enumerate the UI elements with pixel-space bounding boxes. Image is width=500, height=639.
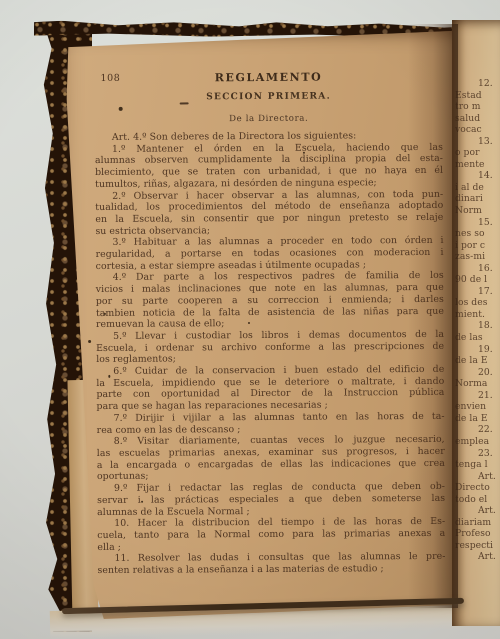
text-fragment-line: mente bbox=[455, 159, 496, 171]
text-line: senten relativas a la enseñanza i a las … bbox=[97, 563, 445, 577]
text-line: servar i las prácticas especiales a que … bbox=[97, 493, 445, 507]
text-fragment-line: nes so bbox=[455, 228, 496, 240]
text-fragment-line: 16. bbox=[455, 263, 496, 275]
section-title: SECCION PRIMERA. bbox=[95, 91, 443, 103]
text-fragment-line: Norma bbox=[455, 378, 496, 390]
text-fragment-line: vocac bbox=[455, 124, 496, 136]
next-page-text: 12.Estadtro msaludvocac13.o pormente14.i… bbox=[455, 78, 496, 563]
text-fragment-line: respecti bbox=[455, 540, 496, 552]
text-fragment-line: tro m bbox=[455, 101, 496, 113]
text-line: 7.º Dirijir i vijilar a las alumnas tant… bbox=[97, 411, 445, 425]
text-fragment-line: salud bbox=[455, 113, 496, 125]
text-fragment-line: todo el bbox=[455, 494, 496, 506]
text-fragment-line: o por bbox=[455, 147, 496, 159]
text-fragment-line: Profeso bbox=[455, 528, 496, 540]
text-fragment-line: 23. bbox=[455, 448, 496, 460]
stray-ink-mark bbox=[180, 102, 189, 104]
ink-speck bbox=[141, 501, 143, 503]
text-fragment-line: diariam bbox=[455, 517, 496, 529]
text-fragment-line: i por c bbox=[455, 240, 496, 252]
text-fragment-line: i al de bbox=[455, 182, 496, 194]
ink-speck bbox=[88, 340, 91, 343]
text-fragment-line: zas-mi bbox=[455, 251, 496, 263]
text-fragment-line: de las bbox=[455, 332, 496, 344]
text-fragment-line: Norm bbox=[455, 205, 496, 217]
text-fragment-line: Estad bbox=[455, 90, 496, 102]
next-page: 12.Estadtro msaludvocac13.o pormente14.i… bbox=[452, 20, 500, 626]
text-fragment-line: Art. bbox=[455, 551, 496, 563]
text-fragment-line: 17. bbox=[455, 286, 496, 298]
ink-speck bbox=[104, 313, 106, 315]
text-line: tambien noticia de la falta de asistenci… bbox=[96, 305, 444, 319]
text-fragment-line: tenga l bbox=[455, 459, 496, 471]
text-line: regularidad, a portarse en todas ocasion… bbox=[96, 247, 444, 261]
text-fragment-line: emplea bbox=[455, 436, 496, 448]
text-fragment-line: 12. bbox=[455, 78, 496, 90]
ink-speck bbox=[119, 107, 123, 111]
text-fragment-line: de la E bbox=[455, 413, 496, 425]
running-header: REGLAMENTO bbox=[94, 70, 442, 85]
text-fragment-line: 18. bbox=[455, 320, 496, 332]
text-fragment-line: envien bbox=[455, 401, 496, 413]
photo-of-book: { "book": { "page_number": "108", "runni… bbox=[0, 0, 500, 639]
text-line: 11. Resolver las dudas i consultas que l… bbox=[97, 551, 445, 565]
text-line: en la Escuela, sin consentir que por nin… bbox=[95, 212, 443, 226]
ink-speck bbox=[108, 375, 110, 378]
text-fragment-line: los des bbox=[455, 297, 496, 309]
text-fragment-line: 90 de l bbox=[455, 274, 496, 286]
text-fragment-line: mient. bbox=[455, 309, 496, 321]
text-fragment-line: dinari bbox=[455, 193, 496, 205]
left-page: 108 REGLAMENTO SECCION PRIMERA. De la Di… bbox=[56, 27, 460, 621]
text-fragment-line: Directo bbox=[455, 482, 496, 494]
text-fragment-line: 19. bbox=[455, 344, 496, 356]
text-fragment-line: de la E bbox=[455, 355, 496, 367]
ink-speck bbox=[248, 322, 250, 324]
body-text: Art. 4.º Son deberes de la Directora los… bbox=[95, 130, 446, 577]
text-line: parte con oportunidad al Director de la … bbox=[96, 387, 444, 401]
text-line: blecimiento, que se traten con urbanidad… bbox=[95, 165, 443, 179]
subsection-title: De la Directora. bbox=[95, 113, 443, 125]
text-fragment-line: Art. bbox=[455, 471, 496, 483]
text-fragment-line: 22. bbox=[455, 424, 496, 436]
ink-speck bbox=[303, 152, 305, 154]
text-fragment-line: 21. bbox=[455, 390, 496, 402]
text-fragment-line: 15. bbox=[455, 217, 496, 229]
text-fragment-line: Art. bbox=[455, 505, 496, 517]
text-fragment-line: 20. bbox=[455, 367, 496, 379]
text-fragment-line: 13. bbox=[455, 136, 496, 148]
text-line: cuela, tanto para la Normal como para la… bbox=[97, 528, 445, 542]
text-fragment-line: 14. bbox=[455, 170, 496, 182]
